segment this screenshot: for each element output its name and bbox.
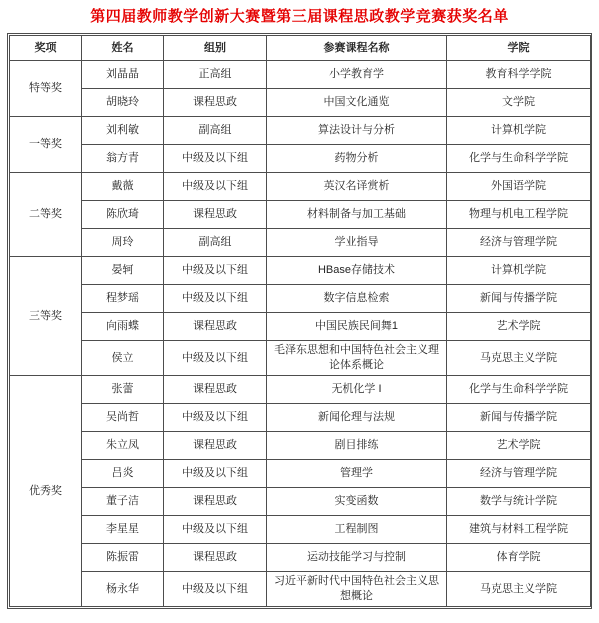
- course-cell: 中国民族民间舞1: [267, 313, 447, 341]
- group-cell: 中级及以下组: [164, 285, 267, 313]
- college-cell: 文学院: [447, 89, 591, 117]
- table-row: 三等奖晏轲中级及以下组HBase存储技术计算机学院: [10, 257, 591, 285]
- name-cell: 刘晶晶: [82, 61, 164, 89]
- college-cell: 马克思主义学院: [447, 572, 591, 607]
- table-row: 陈欣琦课程思政材料制备与加工基础物理与机电工程学院: [10, 201, 591, 229]
- name-cell: 吴尚哲: [82, 404, 164, 432]
- name-cell: 程梦瑶: [82, 285, 164, 313]
- name-cell: 李星星: [82, 516, 164, 544]
- awards-table: 奖项 姓名 组别 参赛课程名称 学院 特等奖刘晶晶正高组小学教育学教育科学学院胡…: [9, 35, 591, 607]
- college-cell: 物理与机电工程学院: [447, 201, 591, 229]
- table-row: 周玲副高组学业指导经济与管理学院: [10, 229, 591, 257]
- header-college: 学院: [447, 36, 591, 61]
- course-cell: 小学教育学: [267, 61, 447, 89]
- group-cell: 中级及以下组: [164, 516, 267, 544]
- name-cell: 杨永华: [82, 572, 164, 607]
- group-cell: 中级及以下组: [164, 460, 267, 488]
- group-cell: 中级及以下组: [164, 145, 267, 173]
- college-cell: 经济与管理学院: [447, 229, 591, 257]
- course-cell: HBase存储技术: [267, 257, 447, 285]
- course-cell: 数字信息检索: [267, 285, 447, 313]
- header-name: 姓名: [82, 36, 164, 61]
- course-cell: 无机化学 I: [267, 376, 447, 404]
- table-row: 李星星中级及以下组工程制图建筑与材料工程学院: [10, 516, 591, 544]
- award-category-cell: 特等奖: [10, 61, 82, 117]
- table-row: 翁方青中级及以下组药物分析化学与生命科学学院: [10, 145, 591, 173]
- course-cell: 新闻伦理与法规: [267, 404, 447, 432]
- page-title: 第四届教师教学创新大赛暨第三届课程思政教学竞赛获奖名单: [0, 8, 599, 26]
- group-cell: 中级及以下组: [164, 341, 267, 376]
- award-category-cell: 三等奖: [10, 257, 82, 376]
- table-row: 杨永华中级及以下组习近平新时代中国特色社会主义思想概论马克思主义学院: [10, 572, 591, 607]
- course-cell: 药物分析: [267, 145, 447, 173]
- course-cell: 学业指导: [267, 229, 447, 257]
- college-cell: 新闻与传播学院: [447, 285, 591, 313]
- award-category-cell: 二等奖: [10, 173, 82, 257]
- course-cell: 毛泽东思想和中国特色社会主义理论体系概论: [267, 341, 447, 376]
- group-cell: 正高组: [164, 61, 267, 89]
- table-row: 胡晓玲课程思政中国文化通览文学院: [10, 89, 591, 117]
- table-row: 优秀奖张蕾课程思政无机化学 I化学与生命科学学院: [10, 376, 591, 404]
- college-cell: 计算机学院: [447, 257, 591, 285]
- group-cell: 课程思政: [164, 313, 267, 341]
- table-row: 侯立中级及以下组毛泽东思想和中国特色社会主义理论体系概论马克思主义学院: [10, 341, 591, 376]
- table-row: 一等奖刘利敏副高组算法设计与分析计算机学院: [10, 117, 591, 145]
- name-cell: 朱立凤: [82, 432, 164, 460]
- table-row: 吴尚哲中级及以下组新闻伦理与法规新闻与传播学院: [10, 404, 591, 432]
- header-award-category: 奖项: [10, 36, 82, 61]
- name-cell: 翁方青: [82, 145, 164, 173]
- name-cell: 董子洁: [82, 488, 164, 516]
- name-cell: 侯立: [82, 341, 164, 376]
- college-cell: 计算机学院: [447, 117, 591, 145]
- awards-table-wrapper: 奖项 姓名 组别 参赛课程名称 学院 特等奖刘晶晶正高组小学教育学教育科学学院胡…: [7, 33, 592, 609]
- award-table-body: 特等奖刘晶晶正高组小学教育学教育科学学院胡晓玲课程思政中国文化通览文学院一等奖刘…: [10, 61, 591, 607]
- group-cell: 中级及以下组: [164, 173, 267, 201]
- name-cell: 胡晓玲: [82, 89, 164, 117]
- group-cell: 课程思政: [164, 544, 267, 572]
- course-cell: 管理学: [267, 460, 447, 488]
- college-cell: 外国语学院: [447, 173, 591, 201]
- name-cell: 张蕾: [82, 376, 164, 404]
- college-cell: 化学与生命科学学院: [447, 145, 591, 173]
- college-cell: 马克思主义学院: [447, 341, 591, 376]
- college-cell: 教育科学学院: [447, 61, 591, 89]
- table-row: 吕炎中级及以下组管理学经济与管理学院: [10, 460, 591, 488]
- course-cell: 算法设计与分析: [267, 117, 447, 145]
- table-header: 奖项 姓名 组别 参赛课程名称 学院: [10, 36, 591, 61]
- group-cell: 课程思政: [164, 89, 267, 117]
- name-cell: 吕炎: [82, 460, 164, 488]
- course-cell: 材料制备与加工基础: [267, 201, 447, 229]
- table-row: 陈振雷课程思政运动技能学习与控制体育学院: [10, 544, 591, 572]
- course-cell: 习近平新时代中国特色社会主义思想概论: [267, 572, 447, 607]
- course-cell: 实变函数: [267, 488, 447, 516]
- course-cell: 英汉名译赏析: [267, 173, 447, 201]
- college-cell: 新闻与传播学院: [447, 404, 591, 432]
- table-row: 向雨蝶课程思政中国民族民间舞1艺术学院: [10, 313, 591, 341]
- college-cell: 艺术学院: [447, 432, 591, 460]
- award-category-cell: 优秀奖: [10, 376, 82, 607]
- college-cell: 艺术学院: [447, 313, 591, 341]
- group-cell: 副高组: [164, 229, 267, 257]
- college-cell: 体育学院: [447, 544, 591, 572]
- course-cell: 工程制图: [267, 516, 447, 544]
- name-cell: 戴薇: [82, 173, 164, 201]
- header-group: 组别: [164, 36, 267, 61]
- college-cell: 经济与管理学院: [447, 460, 591, 488]
- group-cell: 中级及以下组: [164, 257, 267, 285]
- name-cell: 陈欣琦: [82, 201, 164, 229]
- award-category-cell: 一等奖: [10, 117, 82, 173]
- name-cell: 周玲: [82, 229, 164, 257]
- table-row: 朱立凤课程思政剧目排练艺术学院: [10, 432, 591, 460]
- table-row: 特等奖刘晶晶正高组小学教育学教育科学学院: [10, 61, 591, 89]
- name-cell: 刘利敏: [82, 117, 164, 145]
- college-cell: 数学与统计学院: [447, 488, 591, 516]
- name-cell: 晏轲: [82, 257, 164, 285]
- group-cell: 中级及以下组: [164, 572, 267, 607]
- college-cell: 建筑与材料工程学院: [447, 516, 591, 544]
- header-course-name: 参赛课程名称: [267, 36, 447, 61]
- group-cell: 副高组: [164, 117, 267, 145]
- course-cell: 中国文化通览: [267, 89, 447, 117]
- name-cell: 向雨蝶: [82, 313, 164, 341]
- group-cell: 课程思政: [164, 201, 267, 229]
- group-cell: 课程思政: [164, 376, 267, 404]
- group-cell: 课程思政: [164, 488, 267, 516]
- group-cell: 课程思政: [164, 432, 267, 460]
- group-cell: 中级及以下组: [164, 404, 267, 432]
- page: 第四届教师教学创新大赛暨第三届课程思政教学竞赛获奖名单 奖项 姓名 组别 参赛课…: [0, 0, 599, 609]
- college-cell: 化学与生命科学学院: [447, 376, 591, 404]
- table-row: 程梦瑶中级及以下组数字信息检索新闻与传播学院: [10, 285, 591, 313]
- table-row: 董子洁课程思政实变函数数学与统计学院: [10, 488, 591, 516]
- table-header-row: 奖项 姓名 组别 参赛课程名称 学院: [10, 36, 591, 61]
- course-cell: 运动技能学习与控制: [267, 544, 447, 572]
- course-cell: 剧目排练: [267, 432, 447, 460]
- name-cell: 陈振雷: [82, 544, 164, 572]
- table-row: 二等奖戴薇中级及以下组英汉名译赏析外国语学院: [10, 173, 591, 201]
